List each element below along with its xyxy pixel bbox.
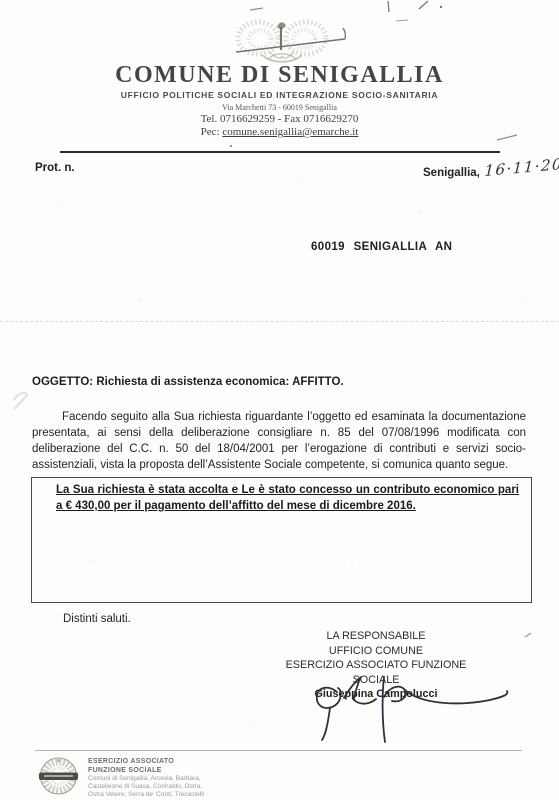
handwritten-date: 16·11·2016 xyxy=(484,153,559,180)
footer-municipalities-1: Comuni di Senigallia, Arcevia, Barbara, xyxy=(88,775,204,783)
handwritten-signature xyxy=(313,676,515,751)
footer-text-block: ESERCIZIO ASSOCIATO FUNZIONE SOCIALE Com… xyxy=(88,756,204,799)
letterhead: COMUNE DI SENIGALLIA UFFICIO POLITICHE S… xyxy=(0,63,559,138)
salutation: Distinti saluti. xyxy=(63,613,131,625)
pen-strike-mark xyxy=(236,28,345,52)
recipient-address: 60019 SENIGALLIA AN xyxy=(311,241,452,253)
footer-org-line-1: ESERCIZIO ASSOCIATO xyxy=(88,758,204,767)
phone-fax-line: Tel. 0716629259 - Fax 0716629270 xyxy=(0,113,559,125)
protocol-number-label: Prot. n. xyxy=(35,162,75,174)
decision-highlight-text: La Sua richiesta è stata accolta e Le è … xyxy=(56,482,519,514)
decision-highlight-box: La Sua richiesta è stata accolta e Le è … xyxy=(31,477,532,603)
signer-title-2: UFFICIO COMUNE xyxy=(270,644,482,659)
scan-fold-line xyxy=(0,321,559,322)
body-paragraph: Facendo seguito alla Sua richiesta rigua… xyxy=(32,409,526,473)
municipality-title: COMUNE DI SENIGALLIA xyxy=(0,63,559,87)
pec-email: comune.senigallia@emarche.it xyxy=(222,126,358,138)
signer-title-1: LA RESPONSABILE xyxy=(270,629,482,644)
footer-org-line-2: FUNZIONE SOCIALE xyxy=(88,767,204,776)
place-label: Senigallia, xyxy=(423,167,480,179)
office-name: UFFICIO POLITICHE SOCIALI ED INTEGRAZION… xyxy=(0,90,559,100)
scanned-letter-page: COMUNE DI SENIGALLIA UFFICIO POLITICHE S… xyxy=(0,0,559,800)
office-address: Via Marchetti 73 - 60019 Senigallia xyxy=(0,103,559,112)
letterhead-divider-rule xyxy=(60,151,500,153)
place-date-line: Senigallia,16·11·2016 xyxy=(423,162,559,180)
footer-municipalities-2: Castelleone di Suasa, Corinaldo, Ostra, xyxy=(88,783,204,791)
footer-divider-rule xyxy=(35,750,522,751)
footer-municipalities-3: Ostra Vetere, Serra de’ Conti, Trecastel… xyxy=(88,791,204,799)
footer: ESERCIZIO ASSOCIATO FUNZIONE SOCIALE Com… xyxy=(38,756,204,799)
footer-association-logo-icon xyxy=(38,756,79,797)
coat-of-arms-emblem xyxy=(238,22,326,62)
pec-line: Pec: comune.senigallia@emarche.it xyxy=(0,126,559,138)
pec-label: Pec: xyxy=(201,126,223,138)
subject-line: OGGETTO: Richiesta di assistenza economi… xyxy=(32,376,344,388)
